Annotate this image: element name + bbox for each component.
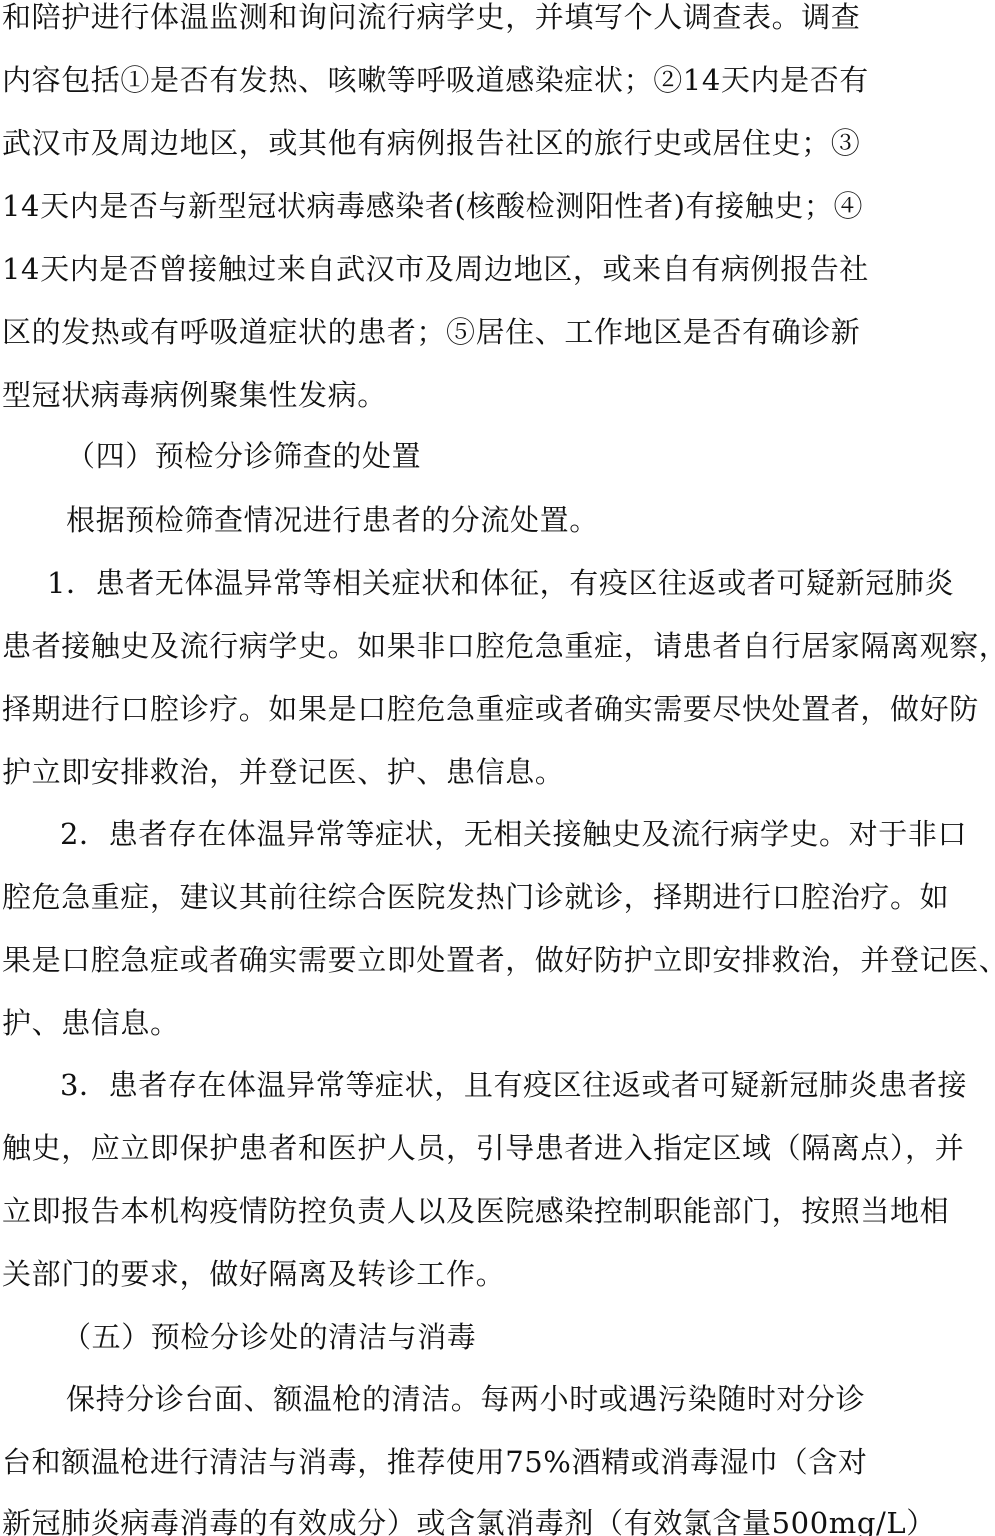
body-line: 武汉市及周边地区，或其他有病例报告社区的旅行史或居住史；③ [2,126,860,160]
section-heading: （五）预检分诊处的清洁与消毒 [62,1320,476,1354]
body-line: 立即报告本机构疫情防控负责人以及医院感染控制职能部门，按照当地相 [2,1194,949,1228]
body-line: 择期进行口腔诊疗。如果是口腔危急重症或者确实需要尽快处置者，做好防 [2,692,979,726]
body-line: 型冠状病毒病例聚集性发病。 [2,378,387,412]
body-line: 腔危急重症，建议其前往综合医院发热门诊就诊，择期进行口腔治疗。如 [2,880,949,914]
list-item-3: 3．患者存在体温异常等症状，且有疫区往返或者可疑新冠肺炎患者接 [60,1068,967,1102]
body-line: 根据预检筛查情况进行患者的分流处置。 [66,503,599,537]
body-line: 护立即安排救治，并登记医、护、患信息。 [2,755,564,789]
body-line: 14天内是否与新型冠状病毒感染者(核酸检测阳性者)有接触史；④ [2,189,863,223]
body-line: 果是口腔急症或者确实需要立即处置者，做好防护立即安排救治，并登记医、 [2,943,995,977]
body-line: 患者接触史及流行病学史。如果非口腔危急重症，请患者自行居家隔离观察， [2,629,995,663]
body-line: 新冠肺炎病毒消毒的有效成分）或含氯消毒剂（有效氯含量500mg/L） [2,1506,936,1536]
list-item-1: 1．患者无体温异常等相关症状和体征，有疫区往返或者可疑新冠肺炎 [47,566,954,600]
body-line: 区的发热或有呼吸道症状的患者；⑤居住、工作地区是否有确诊新 [2,315,860,349]
body-line: 台和额温枪进行清洁与消毒，推荐使用75%酒精或消毒湿巾（含对 [2,1445,867,1479]
body-line: 护、患信息。 [2,1006,180,1040]
body-line: 14天内是否曾接触过来自武汉市及周边地区，或来自有病例报告社 [2,252,869,286]
section-heading: （四）预检分诊筛查的处置 [66,439,421,473]
body-line: 保持分诊台面、额温枪的清洁。每两小时或遇污染随时对分诊 [66,1382,865,1416]
document-page: 和陪护进行体温监测和询问流行病学史，并填写个人调查表。调查 内容包括①是否有发热… [0,0,995,1536]
body-line: 和陪护进行体温监测和询问流行病学史，并填写个人调查表。调查 [2,0,860,34]
list-item-2: 2．患者存在体温异常等症状，无相关接触史及流行病学史。对于非口 [60,817,967,851]
body-line: 内容包括①是否有发热、咳嗽等呼吸道感染症状；②14天内是否有 [2,63,869,97]
body-line: 触史，应立即保护患者和医护人员，引导患者进入指定区域（隔离点），并 [2,1131,964,1165]
body-line: 关部门的要求，做好隔离及转诊工作。 [2,1257,505,1291]
